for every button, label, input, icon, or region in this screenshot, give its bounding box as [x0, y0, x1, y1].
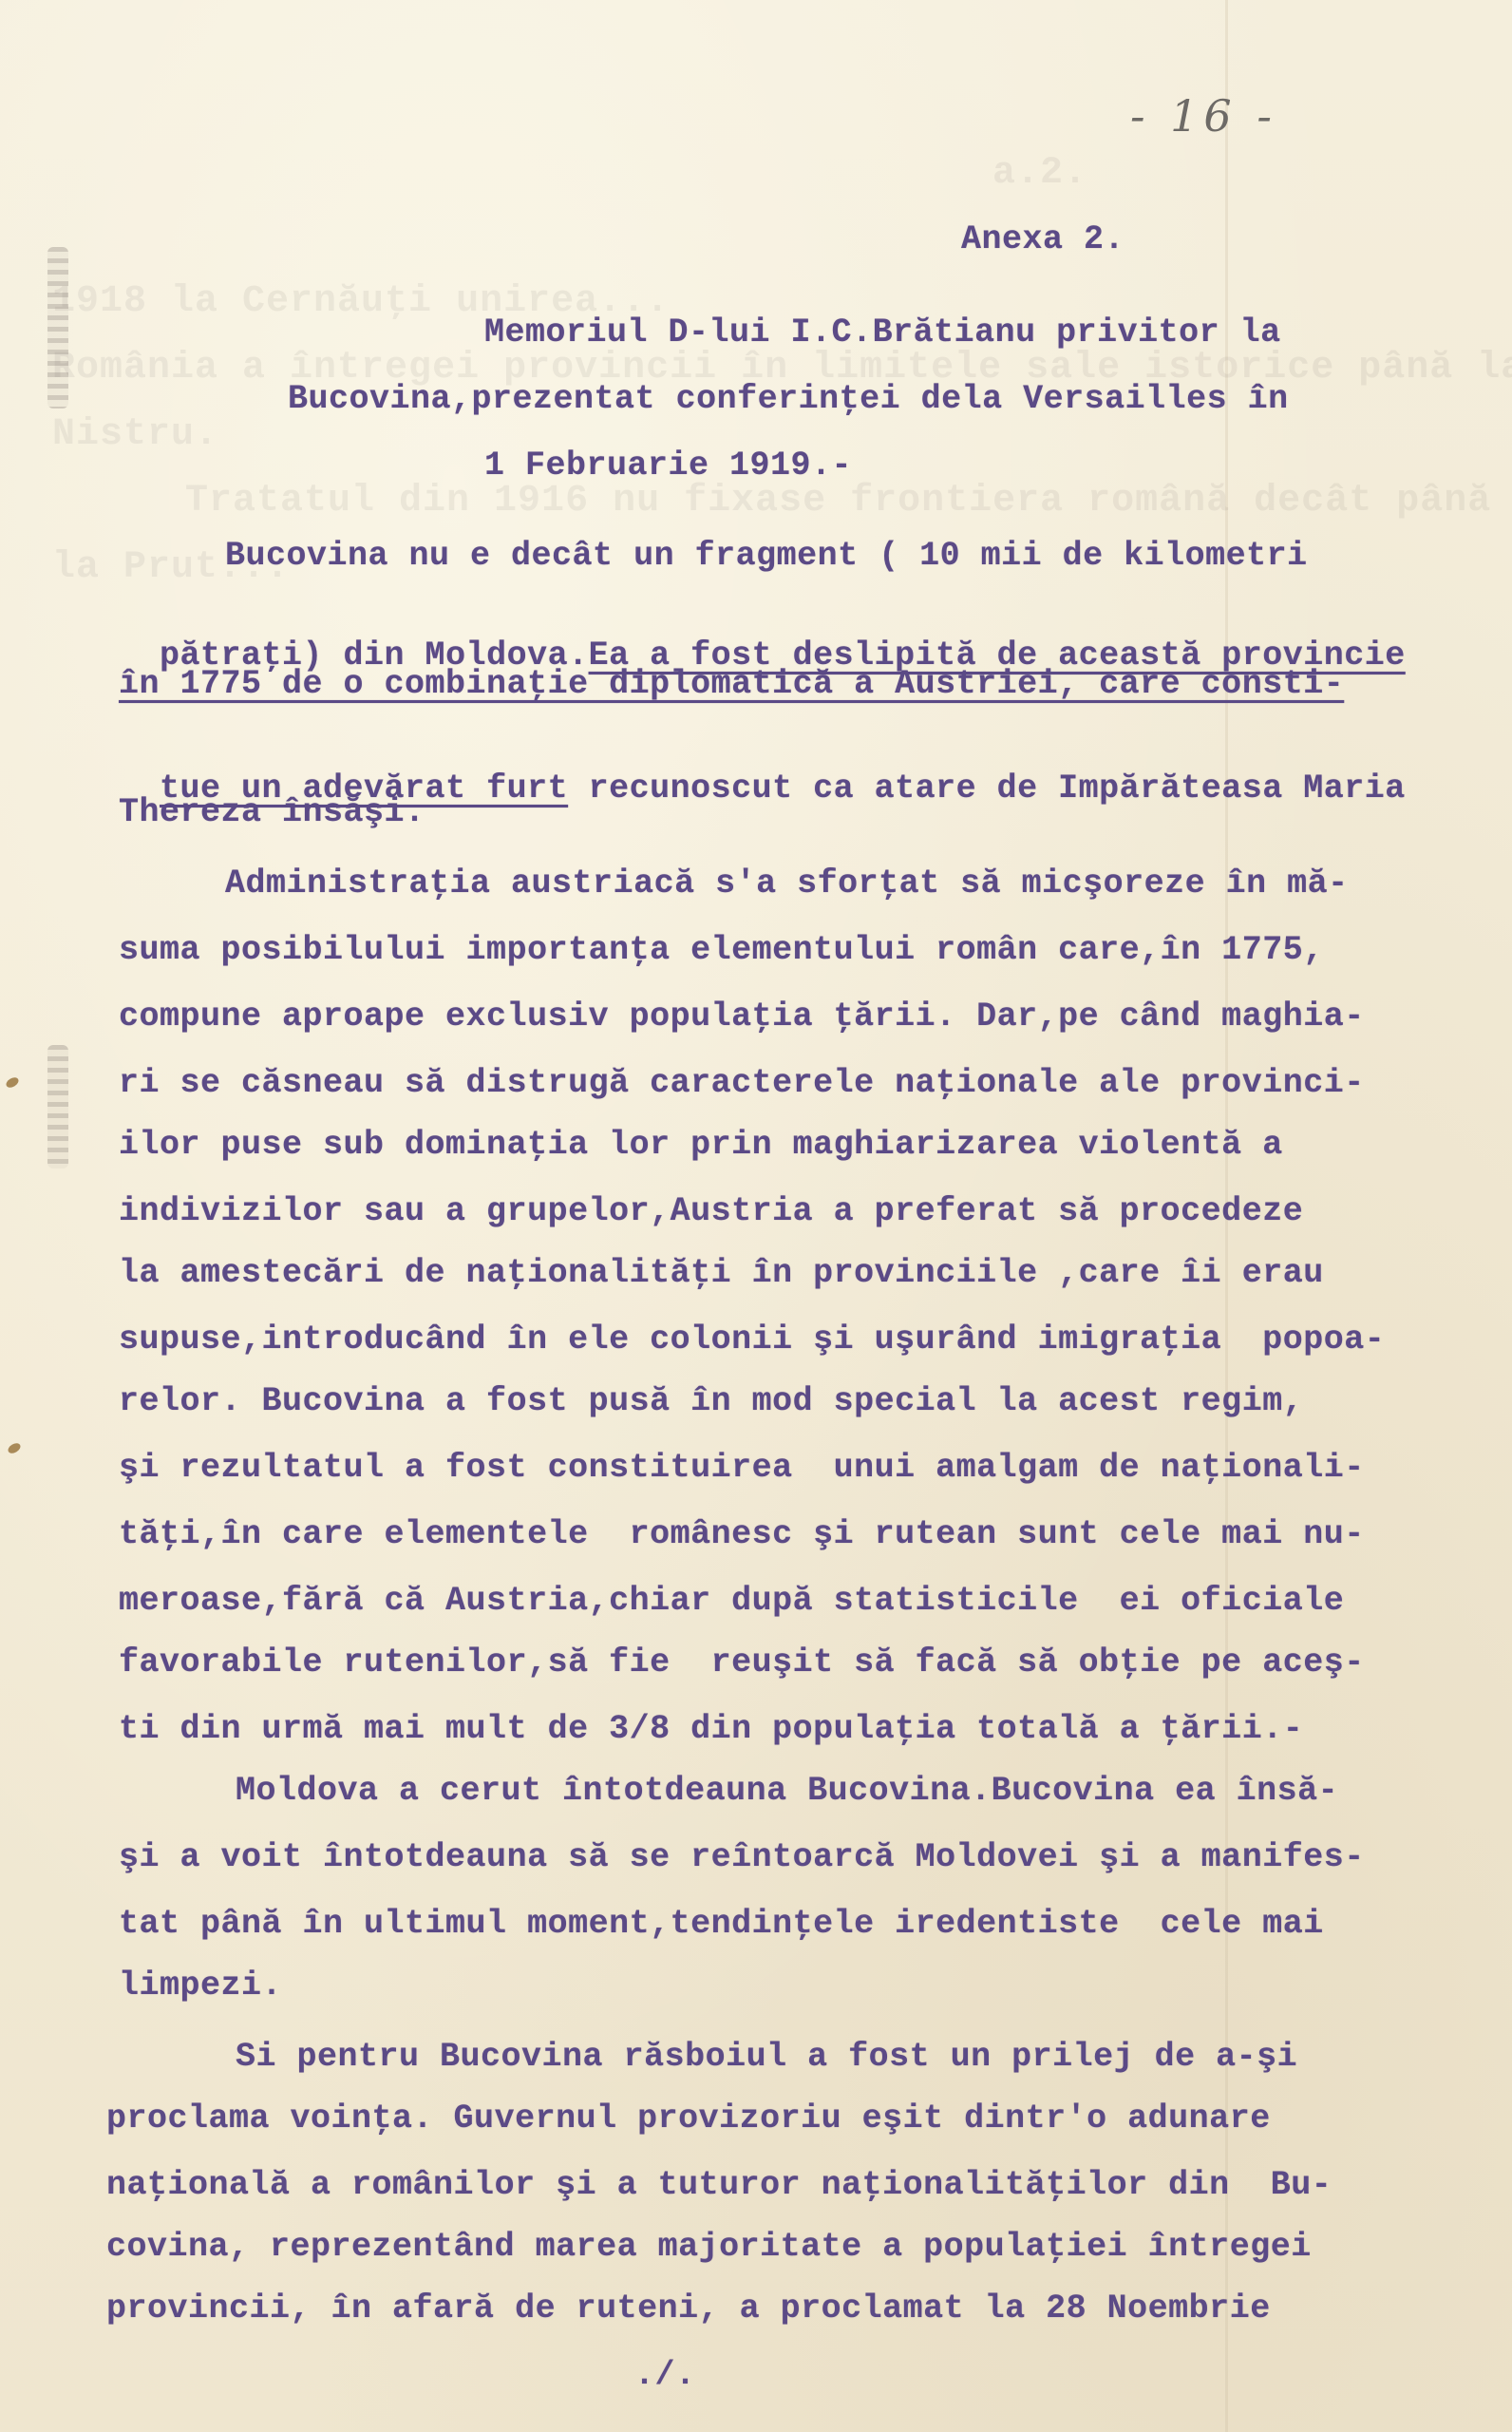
body-line: proclama voinţa. Guvernul provizoriu eşi… [106, 2099, 1271, 2137]
body-line: pătraţi) din Moldova.Ea a fost deslipită… [119, 598, 1406, 674]
bleed-through-text: Nistru. [52, 413, 218, 456]
bleed-through-text: Tratatul din 1916 nu fixase frontiera ro… [185, 480, 1491, 522]
body-line: naţională a românilor şi a tuturor naţio… [106, 2166, 1332, 2204]
body-line: şi a voit întotdeauna să se reîntoarcă M… [119, 1838, 1365, 1876]
body-line: supuse,introducând în ele colonii şi uşu… [119, 1320, 1385, 1358]
title-line: Bucovina,prezentat conferinţei dela Vers… [288, 380, 1289, 418]
body-line: provincii, în afară de ruteni, a proclam… [106, 2289, 1271, 2327]
body-line: ilor puse sub dominaţia lor prin maghiar… [119, 1126, 1283, 1164]
body-line: Administraţia austriacă s'a sforţat să m… [225, 864, 1349, 902]
body-line: indivizilor sau a grupelor,Austria a pre… [119, 1192, 1303, 1230]
body-line: limpezi. [119, 1966, 282, 2004]
annex-label: Anexa 2. [961, 220, 1125, 258]
body-line: Thereza însăşi. [119, 793, 425, 831]
body-line: suma posibilului importanţa elementului … [119, 931, 1324, 969]
body-line: tat până în ultimul moment,tendinţele ir… [119, 1905, 1324, 1943]
continuation-mark: ./. [634, 2356, 696, 2394]
page-number: - 16 - [1130, 90, 1277, 142]
body-line: şi rezultatul a fost constituirea unui a… [119, 1449, 1365, 1487]
body-line-underlined: în 1775 de o combinaţie diplomatică a Au… [119, 665, 1344, 703]
body-line: covina, reprezentând marea majoritate a … [106, 2228, 1312, 2266]
margin-smudge [47, 1045, 68, 1168]
bleed-through-text: a.2. [992, 152, 1087, 195]
title-line: Memoriul D-lui I.C.Brătianu privitor la [484, 313, 1281, 351]
body-line: Si pentru Bucovina răsboiul a fost un pr… [236, 2038, 1297, 2076]
body-line: compune aproape exclusiv populaţia ţării… [119, 997, 1365, 1035]
body-line: Bucovina nu e decât un fragment ( 10 mii… [225, 537, 1308, 575]
body-line: favorabile rutenilor,să fie reuşit să fa… [119, 1643, 1365, 1681]
body-line: ti din urmă mai mult de 3/8 din populaţi… [119, 1710, 1303, 1748]
body-line: relor. Bucovina a fost pusă în mod speci… [119, 1382, 1303, 1420]
body-line: tăţi,în care elementele românesc şi rute… [119, 1515, 1365, 1553]
margin-smudge [47, 247, 68, 408]
body-line: la amestecări de naţionalităţi în provin… [119, 1254, 1324, 1292]
title-line: 1 Februarie 1919.- [484, 446, 852, 484]
body-line: meroase,fără că Austria,chiar după stati… [119, 1582, 1344, 1620]
body-line: Moldova a cerut întotdeauna Bucovina.Buc… [236, 1772, 1338, 1810]
body-line: ri se căsneau să distrugă caracterele na… [119, 1064, 1365, 1102]
body-text: recunoscut ca atare de Impărăteasa Maria [568, 769, 1406, 807]
